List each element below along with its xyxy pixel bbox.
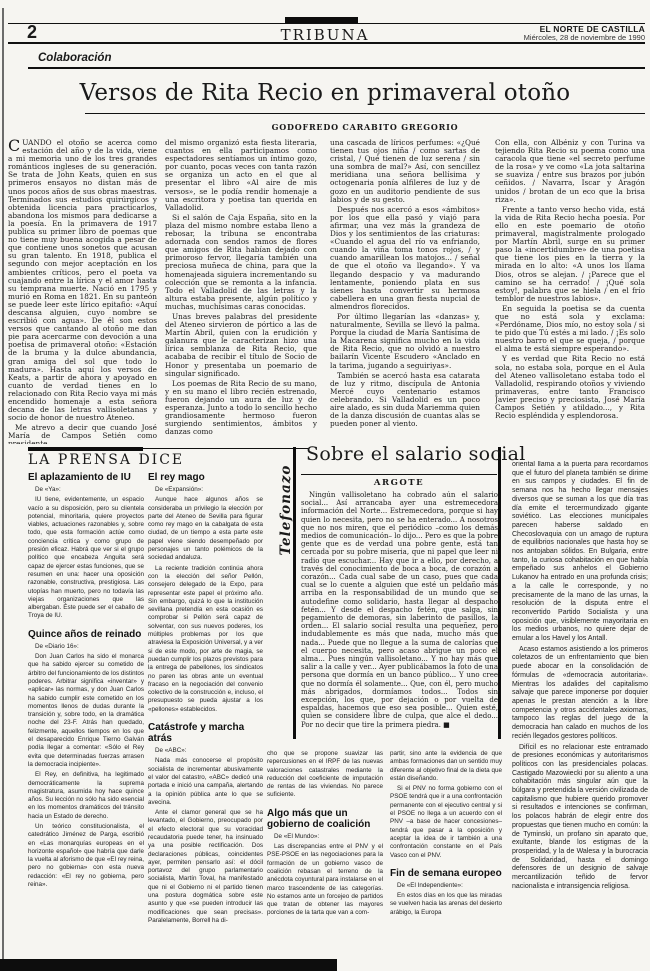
article-paragraph: una cascada de líricos perfumes: «¿Qué t… [330,139,480,204]
press-item-text: Aunque hace algunos años se consideraba … [148,496,263,562]
article-text: UANDO el otoño se acerca como estación d… [8,139,157,422]
telefonazo-label: Telefonazo [278,450,296,570]
press-item-text: Nada más conocerse el propósito socialis… [148,757,263,807]
prensa-column-1: El aplazamiento de IU De «Ya»: IU tiene,… [28,472,144,958]
article-paragraph: En seguida la poetisa se da cuenta que n… [495,305,645,354]
newspaper-page: { "page": { "number": "2", "section": "T… [0,0,650,971]
article-paragraph: También se acercó hasta esa catarata de … [330,372,480,429]
article-paragraph: Con ella, con Albéniz y con Turina va te… [495,139,645,204]
press-item-title: Fin de semana europeo [390,868,502,879]
article-paragraph: Si el salón de Caja España, sito en la p… [165,214,317,311]
press-item-source: De «Expansión»: [148,486,263,494]
salario-body: Ningún vallisoletano ha cobrado aún el s… [301,491,498,738]
press-item-text: Ante el clamor general que se ha levanta… [148,809,263,925]
article-paragraph: CUANDO el otoño se acerca como estación … [8,139,157,422]
article-paragraph: Por último llegarían las «danzas» y, nat… [330,313,480,370]
article-title: Versos de Rita Recio en primaveral otoño [30,80,620,106]
press-item-text: cho que se propone suavizar las repercus… [267,750,383,800]
article-paragraph: Después nos acercó a esos «ámbitos» por … [330,206,480,311]
press-item-text: Don Juan Carlos ha sido el monarca que h… [28,653,144,769]
salario-byline-rule [301,474,497,475]
article-column-2: del mismo organizó esta fiesta literaria… [165,139,317,444]
salario-title: Sobre el salario social [306,443,546,465]
article-paragraph: Me atrevo a decir que cuando José María … [8,424,157,444]
press-item-text: IU tiene, evidentemente, un espacio vací… [28,496,144,620]
press-item-source: De «El Independiente»: [390,882,502,890]
press-item-text: partir, sino ante la evidencia de que am… [390,750,502,783]
press-item-text: El Rey, en definitiva, ha legitimado dem… [28,771,144,821]
prensa-column-4: partir, sino ante la evidencia de que am… [390,750,502,957]
article-paragraph: Los poemas de Rita Recio de su mano, y e… [165,380,317,437]
press-item-title: Algo más que un gobierno de coalición [267,808,383,830]
page-scan-edge [2,8,4,960]
dateline: Miércoles, 28 de noviembre de 1990 [445,33,645,42]
kicker-rule [28,67,645,69]
press-item-source: De «Ya»: [28,486,144,494]
article-paragraph: Y es verdad que Rita Recio no está sola,… [495,355,645,420]
salario-byline: ARGOTE [301,478,497,488]
prensa-column-2: El rey mago De «Expansión»: Aunque hace … [148,472,263,958]
press-item-title: Quince años de reinado [28,629,144,640]
press-item-text: Un teórico constitucionalista, el catedr… [28,823,144,889]
bottom-page-bar [0,959,337,971]
press-item-text: Las discrepancias entre el PNV y el PSE-… [267,843,383,918]
article-byline: GODOFREDO CARABITO GREGORIO [85,122,645,132]
press-item-text: Difícil es no relacionar este entramado … [512,744,648,892]
article-column-1: CUANDO el otoño se acerca como estación … [8,139,157,444]
title-rule [85,113,645,114]
prensa-dice-title: LA PRENSA DICE [28,452,184,468]
press-item-text: Acaso estamos asistiendo a los primeros … [512,646,648,742]
press-item-text: La reciente tradición continúa ahora con… [148,565,263,714]
salario-text: Ningún vallisoletano ha cobrado aún el s… [301,491,498,729]
article-paragraph: Unas breves palabras del presidente del … [165,313,317,378]
article-column-4: Con ella, con Albéniz y con Turina va te… [495,139,645,444]
press-item-text: Si el PNV no forma gobierno con el PSOE … [390,785,502,860]
article-column-3: una cascada de líricos perfumes: «¿Qué t… [330,139,480,444]
prensa-header-rule [143,448,308,449]
prensa-header-bar [28,447,143,451]
press-item-text: oriental llama a la puerta para recordar… [512,461,648,644]
press-item-title: El rey mago [148,472,263,483]
drop-cap: C [8,139,22,153]
prensa-column-3: cho que se propone suavizar las repercus… [267,750,383,957]
press-item-text: En estos días en los que las miradas se … [390,892,502,917]
article-paragraph: del mismo organizó esta fiesta literaria… [165,139,317,212]
press-item-title: Catástrofe y marcha atrás [148,722,263,744]
prensa-column-5: oriental llama a la puerta para recordar… [512,461,648,957]
press-item-source: De «Diario 16»: [28,643,144,651]
press-item-source: De «El Mundo»: [267,833,383,841]
article-paragraph: Frente a tanto verso hecho vida, está la… [495,206,645,303]
kicker-label: Colaboración [38,52,111,64]
telefonazo-right-bar [498,447,501,739]
press-item-source: De «ABC»: [148,747,263,755]
press-item-title: El aplazamiento de IU [28,472,144,483]
header-bottom-rule [8,42,645,44]
